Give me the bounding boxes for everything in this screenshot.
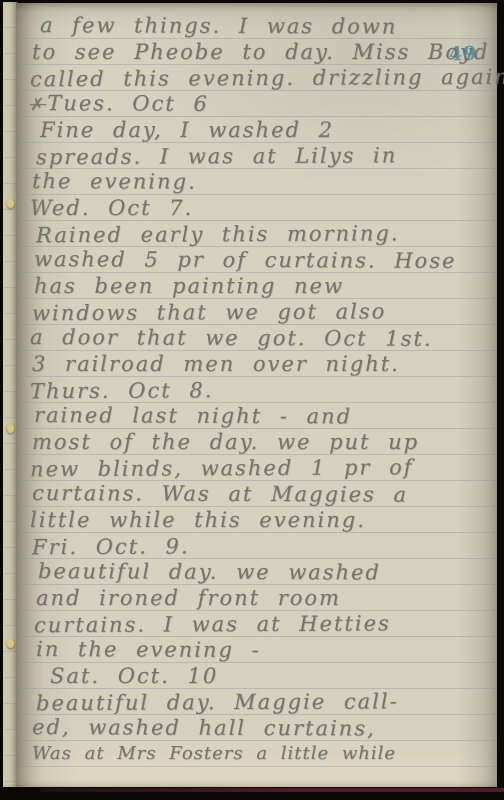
handwriting-text: spreads. I was at Lilys in — [36, 143, 397, 169]
handwriting-line: Fri. Oct. 9. — [32, 532, 495, 560]
handwriting-line: Sat. Oct. 10 — [50, 663, 495, 689]
handwriting-text: beautiful day. Maggie call- — [36, 689, 399, 715]
handwriting-text: called this evening. drizzling again. — [30, 65, 504, 92]
handwriting-line: beautiful day. Maggie call- — [36, 688, 495, 716]
handwriting-line: rained last night - and — [34, 402, 495, 430]
handwriting-line: and ironed front room — [36, 585, 495, 611]
handwriting-line: little while this evening. — [30, 507, 495, 533]
handwriting-line: curtains. I was at Hetties — [34, 610, 495, 638]
handwriting-text: beautiful day. we washed — [38, 559, 381, 584]
handwriting-line: has been painting new — [34, 273, 495, 299]
handwriting-text: Tues. Oct 6 — [47, 91, 209, 116]
handwriting-text: the evening. — [32, 169, 197, 194]
binding-stitch — [7, 424, 14, 433]
crossed-out-scribble: ✗ — [30, 95, 46, 115]
handwriting-line: called this evening. drizzling again. — [30, 64, 495, 92]
handwriting-text: to see Pheobe to day. Miss Boyd — [32, 40, 489, 64]
handwriting-line: in the evening - — [36, 636, 495, 664]
diary-photo: 49 a few things. I was downto see Pheobe… — [0, 0, 504, 800]
handwriting-line: Wed. Oct 7. — [30, 195, 495, 221]
handwriting-line: curtains. Was at Maggies a — [32, 480, 495, 508]
handwriting-line: windows that we got also — [32, 298, 495, 326]
handwriting-text: has been painting new — [34, 274, 344, 298]
handwriting-text: 3 railroad men over night. — [32, 352, 400, 376]
handwriting-text: a door that we got. Oct 1st. — [30, 325, 433, 351]
handwriting-text: Rained early this morning. — [36, 221, 400, 247]
handwriting-text: Wed. Oct 7. — [30, 196, 193, 220]
handwriting-text: curtains. Was at Maggies a — [32, 481, 408, 507]
handwriting-line: a door that we got. Oct 1st. — [30, 324, 495, 352]
handwriting-line: to see Pheobe to day. Miss Boyd — [32, 39, 495, 65]
binding-stitch — [7, 199, 14, 208]
handwriting-text: Thurs. Oct 8. — [30, 378, 213, 403]
handwriting-text: Sat. Oct. 10 — [50, 664, 218, 688]
handwriting-line: washed 5 pr of curtains. Hose — [34, 246, 495, 274]
handwriting-text: a few things. I was down — [40, 13, 397, 39]
diary-page: 49 a few things. I was downto see Pheobe… — [16, 3, 497, 787]
handwriting-line: Rained early this morning. — [36, 220, 495, 248]
handwriting-line: spreads. I was at Lilys in — [36, 142, 495, 170]
handwriting-line: the evening. — [32, 168, 495, 196]
handwriting-line: Was at Mrs Fosters a little while — [32, 741, 495, 767]
handwriting-line: most of the day. we put up — [32, 429, 495, 455]
handwriting-line: Thurs. Oct 8. — [30, 376, 495, 404]
handwriting-line: beautiful day. we washed — [38, 558, 495, 586]
handwriting-text: Fri. Oct. 9. — [32, 534, 190, 559]
book-cover-edge — [40, 788, 504, 792]
handwriting-text: windows that we got also — [32, 299, 386, 325]
handwriting-text: in the evening - — [36, 637, 261, 662]
handwriting-text: Was at Mrs Fosters a little while — [32, 743, 396, 764]
handwriting-text: new blinds, washed 1 pr of — [30, 455, 414, 481]
handwriting-text: washed 5 pr of curtains. Hose — [34, 247, 457, 273]
handwriting-text: curtains. I was at Hetties — [34, 611, 391, 637]
handwriting-line: a few things. I was down — [40, 12, 495, 40]
handwriting-line: ✗Tues. Oct 6 — [30, 90, 495, 118]
handwriting-line: ed, washed hall curtains, — [32, 714, 495, 742]
handwriting-line: new blinds, washed 1 pr of — [30, 454, 495, 482]
handwriting-text: most of the day. we put up — [32, 430, 419, 454]
binding-stitch — [7, 639, 14, 648]
handwriting-line: Fine day, I washed 2 — [40, 117, 495, 143]
handwriting-text: and ironed front room — [36, 586, 341, 610]
handwriting-line: 3 railroad men over night. — [32, 351, 495, 377]
handwriting-text: Fine day, I washed 2 — [40, 118, 334, 142]
handwriting-text: ed, washed hall curtains, — [32, 715, 376, 740]
handwriting-text: rained last night - and — [34, 403, 352, 428]
handwriting-text: little while this evening. — [30, 508, 366, 532]
handwriting-lines: a few things. I was downto see Pheobe to… — [30, 13, 495, 767]
